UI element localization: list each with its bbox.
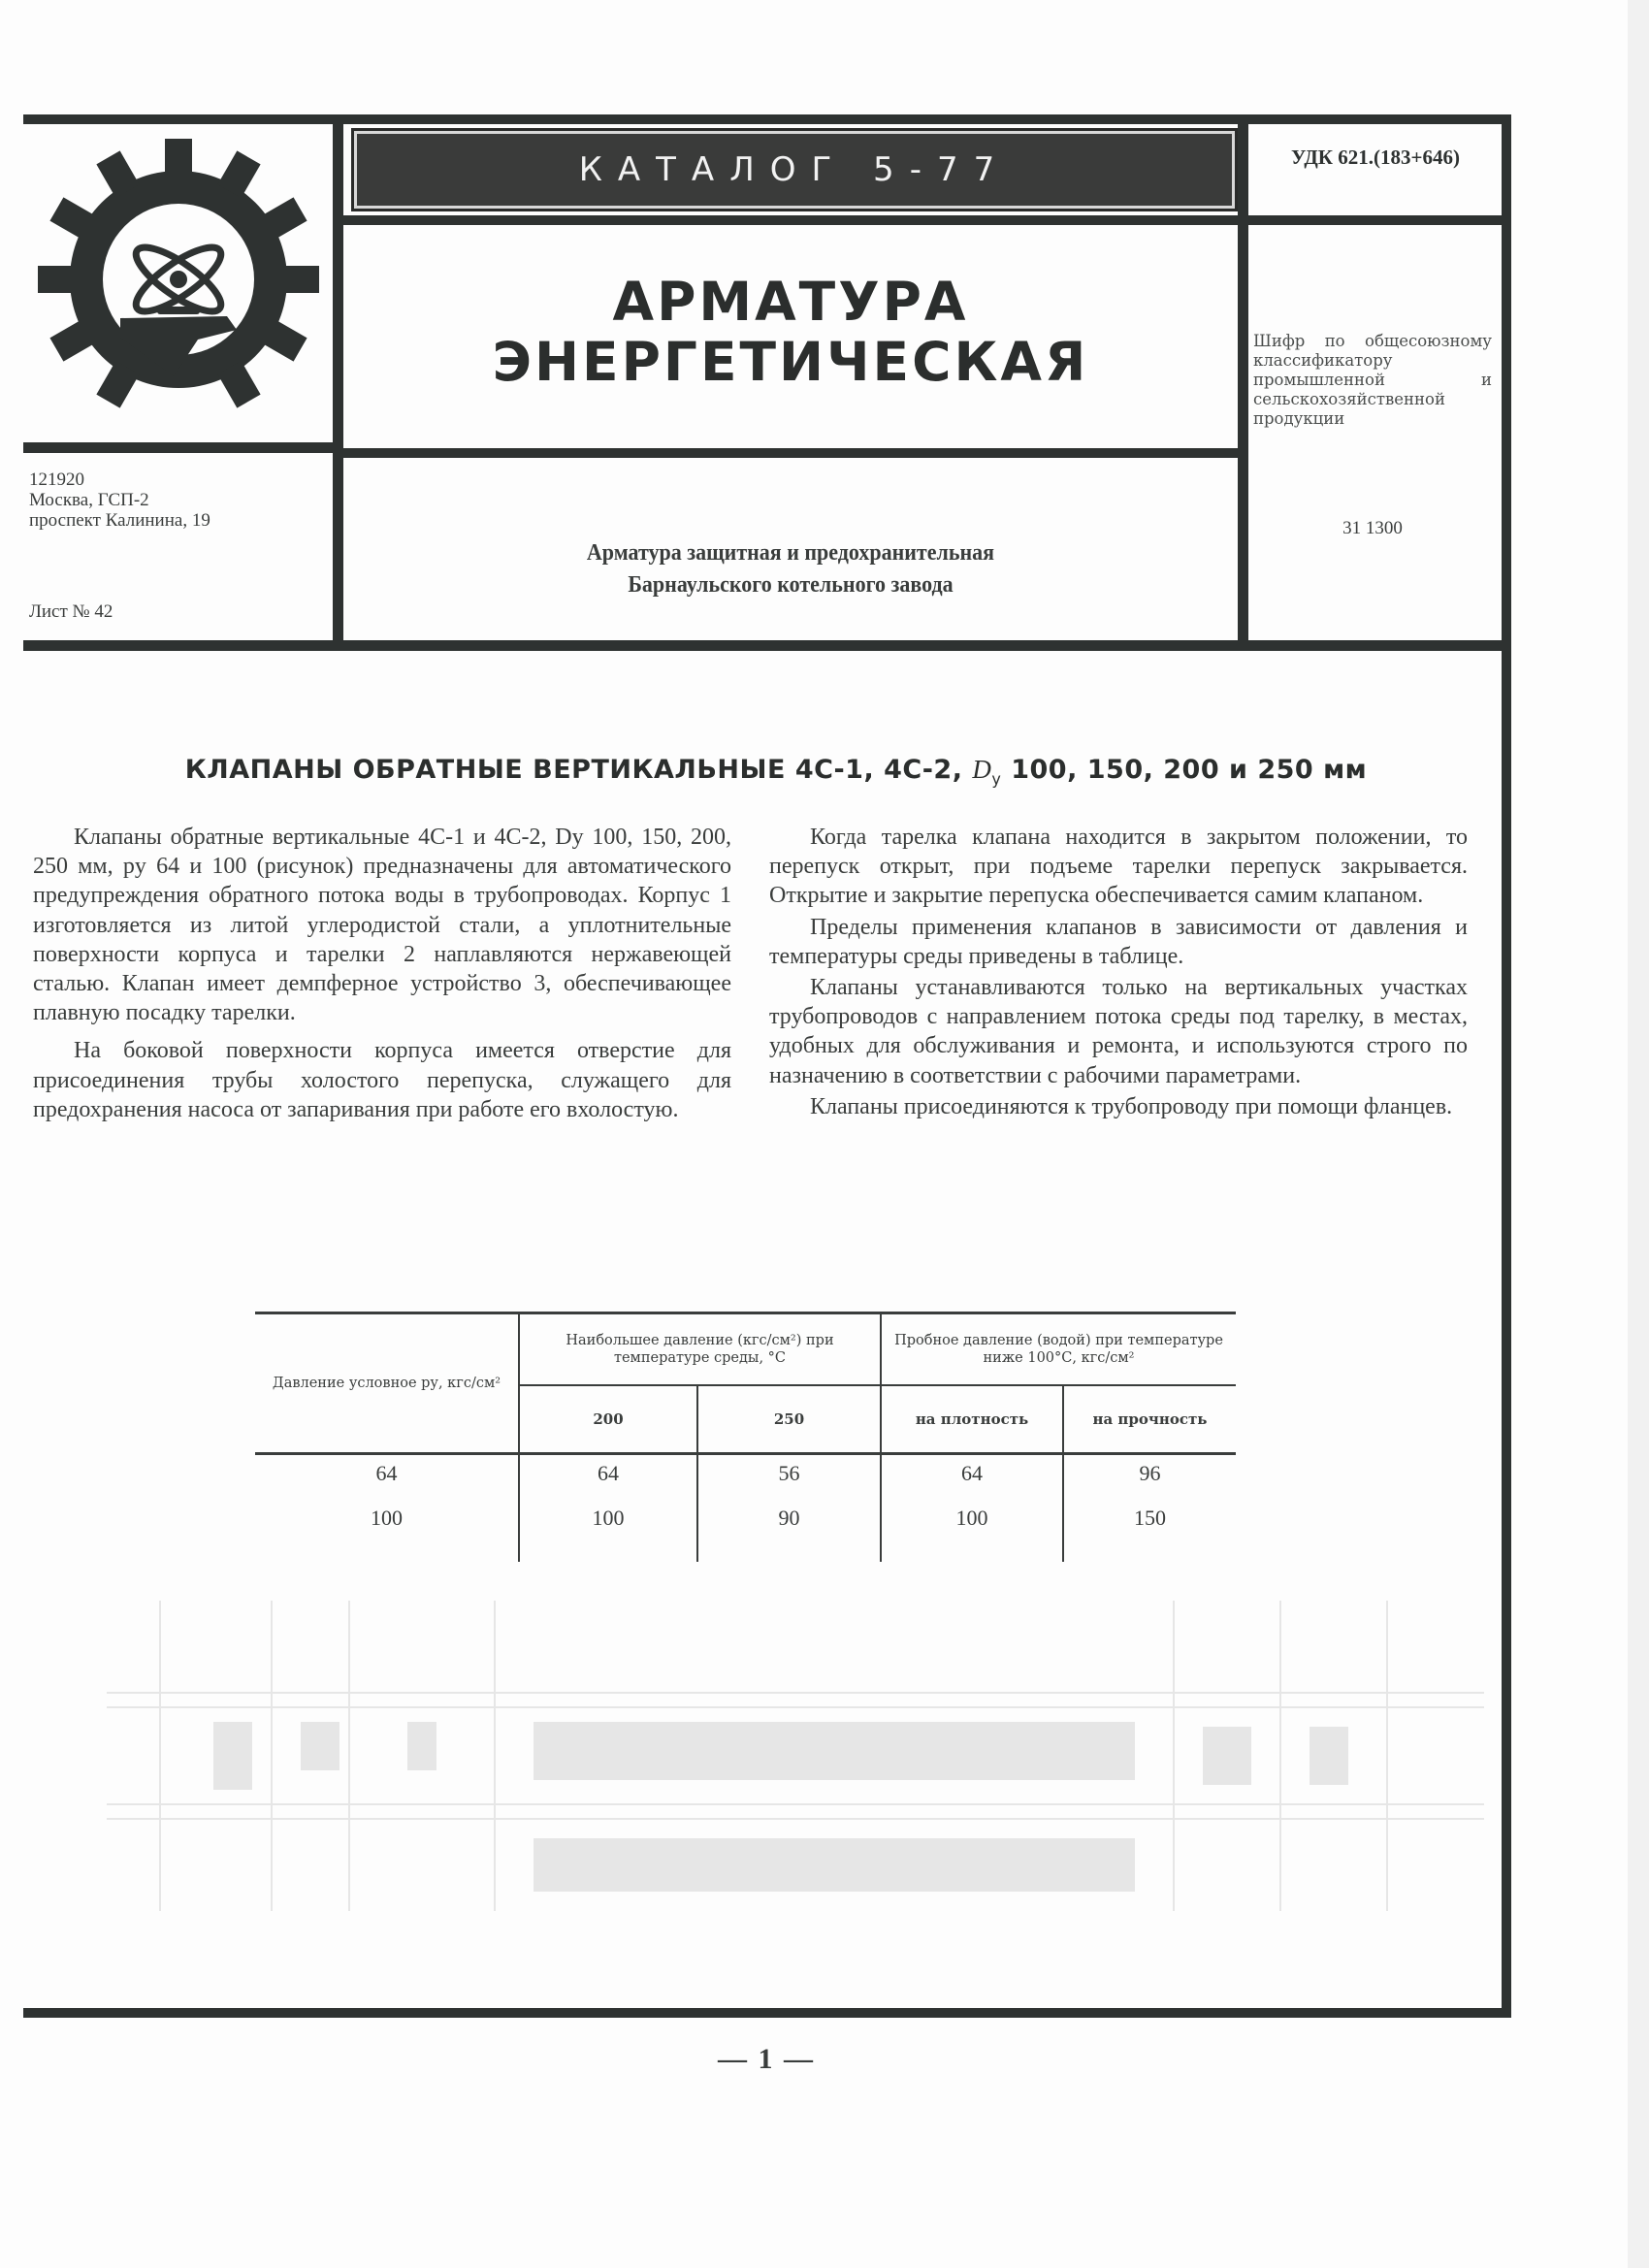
- paragraph: На боковой поверхности корпуса имеется о…: [33, 1036, 731, 1124]
- cell: 64: [881, 1454, 1063, 1501]
- header-divider-band: [343, 215, 1502, 225]
- subtitle-line2: Барнаульского котельного завода: [343, 568, 1238, 600]
- cell: 90: [697, 1500, 881, 1562]
- body-column-right: Когда тарелка клапана находится в закрыт…: [769, 823, 1468, 1121]
- paragraph: Клапаны устанавливаются только на вертик…: [769, 973, 1468, 1090]
- title-dy-subscript: у: [991, 769, 1001, 788]
- frame-right-border: [1502, 114, 1511, 2018]
- classifier-label: Шифр по общесоюзному классификатору пром…: [1253, 332, 1492, 429]
- cell: 100: [255, 1500, 519, 1562]
- header-test-pressure: Пробное давление (водой) при температуре…: [881, 1313, 1236, 1386]
- udk-code: УДК 621.(183+646): [1253, 146, 1498, 170]
- cell: 100: [519, 1500, 697, 1562]
- header-max-pressure: Наибольшее давление (кгс/см²) при темпер…: [519, 1313, 881, 1386]
- document-title: КЛАПАНЫ ОБРАТНЫЕ ВЕРТИКАЛЬНЫЕ 4С-1, 4С-2…: [97, 755, 1455, 788]
- table-row: 100 100 90 100 150: [255, 1500, 1236, 1562]
- paragraph: Клапаны присоединяются к трубопроводу пр…: [769, 1092, 1468, 1121]
- cell: 64: [519, 1454, 697, 1501]
- header-divider-subtitle: [343, 448, 1238, 458]
- header-divider-logo: [333, 114, 343, 648]
- classifier-code: 31 1300: [1253, 518, 1492, 539]
- scan-edge: [1628, 0, 1649, 2268]
- header-temp-200: 200: [519, 1385, 697, 1454]
- header-density-test: на плотность: [881, 1385, 1063, 1454]
- paragraph: Пределы применения клапанов в зависимост…: [769, 913, 1468, 971]
- catalog-title-line1: АРМАТУРА: [343, 272, 1238, 332]
- cell: 100: [881, 1500, 1063, 1562]
- catalog-banner: КАТАЛОГ 5-77: [351, 128, 1238, 211]
- title-dy-symbol: D: [972, 755, 991, 784]
- address-city: Москва, ГСП-2: [29, 490, 210, 510]
- catalog-title-line2: ЭНЕРГЕТИЧЕСКАЯ: [343, 332, 1238, 392]
- header-temp-250: 250: [697, 1385, 881, 1454]
- address-street: проспект Калинина, 19: [29, 510, 210, 531]
- publisher-address: 121920 Москва, ГСП-2 проспект Калинина, …: [29, 470, 210, 531]
- niiinformenergomash-logo-icon: НИИЭИНФОРМЭНЕРГОМАШ: [33, 134, 324, 425]
- pressure-table: Давление условное pу, кгс/см² Наибольшее…: [255, 1312, 1236, 1562]
- catalog-title: АРМАТУРА ЭНЕРГЕТИЧЕСКАЯ: [343, 272, 1238, 392]
- cell: 56: [697, 1454, 881, 1501]
- sheet-number: Лист № 42: [29, 601, 113, 623]
- bleed-through-grid: [107, 1601, 1484, 1930]
- frame-bottom-border: [23, 2008, 1511, 2018]
- header-divider-udk: [1238, 114, 1248, 648]
- cell: 96: [1063, 1454, 1236, 1501]
- title-sizes: 100, 150, 200 и 250 мм: [1001, 755, 1367, 785]
- table-row: 64 64 56 64 96: [255, 1454, 1236, 1501]
- title-text: КЛАПАНЫ ОБРАТНЫЕ ВЕРТИКАЛЬНЫЕ 4С-1, 4С-2…: [185, 755, 973, 785]
- frame-top-border: [23, 114, 1509, 124]
- cell: 150: [1063, 1500, 1236, 1562]
- page-number: — 1 —: [698, 2043, 834, 2076]
- paragraph: Когда тарелка клапана находится в закрыт…: [769, 823, 1468, 911]
- address-postcode: 121920: [29, 470, 210, 490]
- header-divider-address: [23, 442, 343, 453]
- cell: 64: [255, 1454, 519, 1501]
- paragraph: Клапаны обратные вертикальные 4С-1 и 4С-…: [33, 823, 731, 1027]
- subtitle-line1: Арматура защитная и предохранительная: [343, 536, 1238, 568]
- header-nominal-pressure: Давление условное pу, кгс/см²: [255, 1313, 519, 1454]
- catalog-subtitle: Арматура защитная и предохранительная Ба…: [343, 536, 1238, 600]
- body-column-left: Клапаны обратные вертикальные 4С-1 и 4С-…: [33, 823, 731, 1133]
- header-bottom-border: [23, 640, 1511, 651]
- header-strength-test: на прочность: [1063, 1385, 1236, 1454]
- catalog-label: КАТАЛОГ 5-77: [579, 150, 1010, 189]
